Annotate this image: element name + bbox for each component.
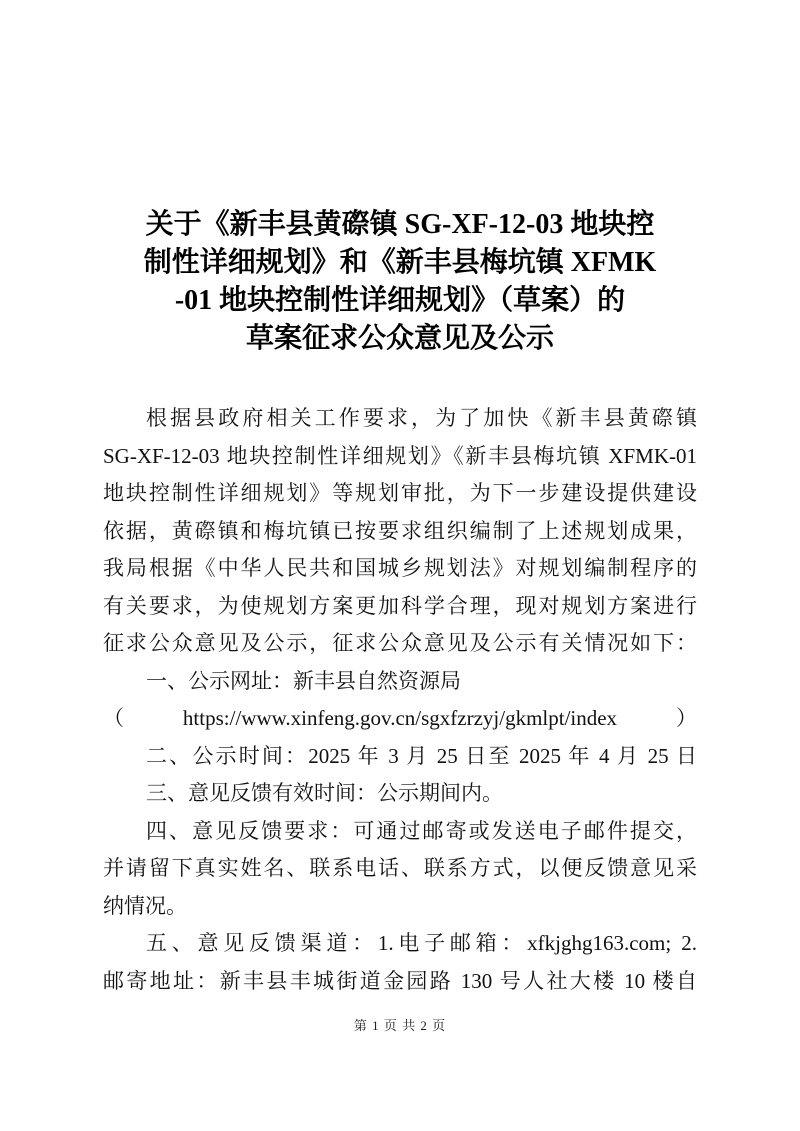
body-line: 四、意见反馈要求：可通过邮寄或发送电子邮件提交， (103, 813, 697, 851)
body-line: 纳情况。 (103, 888, 697, 926)
body-line: 征求公众意见及公示，征求公众意见及公示有关情况如下： (103, 625, 697, 663)
body-line: 并请留下真实姓名、联系电话、联系方式，以便反馈意见采 (103, 850, 697, 888)
title-line: 制性详细规划》和《新丰县梅坑镇 XFMK (55, 244, 745, 282)
body-line: 邮寄地址：新丰县丰城街道金园路 130 号人社大楼 10 楼自 (103, 963, 697, 1001)
title-line: 关于《新丰县黄磜镇 SG-XF-12-03 地块控 (55, 206, 745, 244)
page-number: 第 1 页 共 2 页 (0, 1015, 800, 1034)
body-line: SG-XF-12-03 地块控制性详细规划》《新丰县梅坑镇 XFMK-01 (103, 438, 697, 476)
body-line: 五、意见反馈渠道：1.电子邮箱：xfkjghg163.com; 2. (103, 925, 697, 963)
document-body: 根据县政府相关工作要求，为了加快《新丰县黄磜镇 SG-XF-12-03 地块控制… (103, 400, 697, 1000)
document-title: 关于《新丰县黄磜镇 SG-XF-12-03 地块控 制性详细规划》和《新丰县梅坑… (55, 206, 745, 358)
body-line: 一、公示网址：新丰县自然资源局 (103, 663, 697, 701)
body-line-url: （https://www.xinfeng.gov.cn/sgxfzrzyj/gk… (103, 700, 697, 738)
body-line: 三、意见反馈有效时间：公示期间内。 (103, 775, 697, 813)
body-line: 我局根据《中华人民共和国城乡规划法》对规划编制程序的 (103, 550, 697, 588)
title-line: 草案征求公众意见及公示 (55, 320, 745, 358)
document-page: 关于《新丰县黄磜镇 SG-XF-12-03 地块控 制性详细规划》和《新丰县梅坑… (0, 0, 800, 1131)
body-line: 有关要求，为使规划方案更加科学合理，现对规划方案进行 (103, 588, 697, 626)
body-line: 地块控制性详细规划》等规划审批，为下一步建设提供建设 (103, 475, 697, 513)
body-line: 二、公示时间：2025 年 3 月 25 日至 2025 年 4 月 25 日 (103, 738, 697, 776)
body-line: 根据县政府相关工作要求，为了加快《新丰县黄磜镇 (103, 400, 697, 438)
body-line: 依据，黄磜镇和梅坑镇已按要求组织编制了上述规划成果， (103, 513, 697, 551)
title-line: -01 地块控制性详细规划》（草案）的 (55, 282, 745, 320)
